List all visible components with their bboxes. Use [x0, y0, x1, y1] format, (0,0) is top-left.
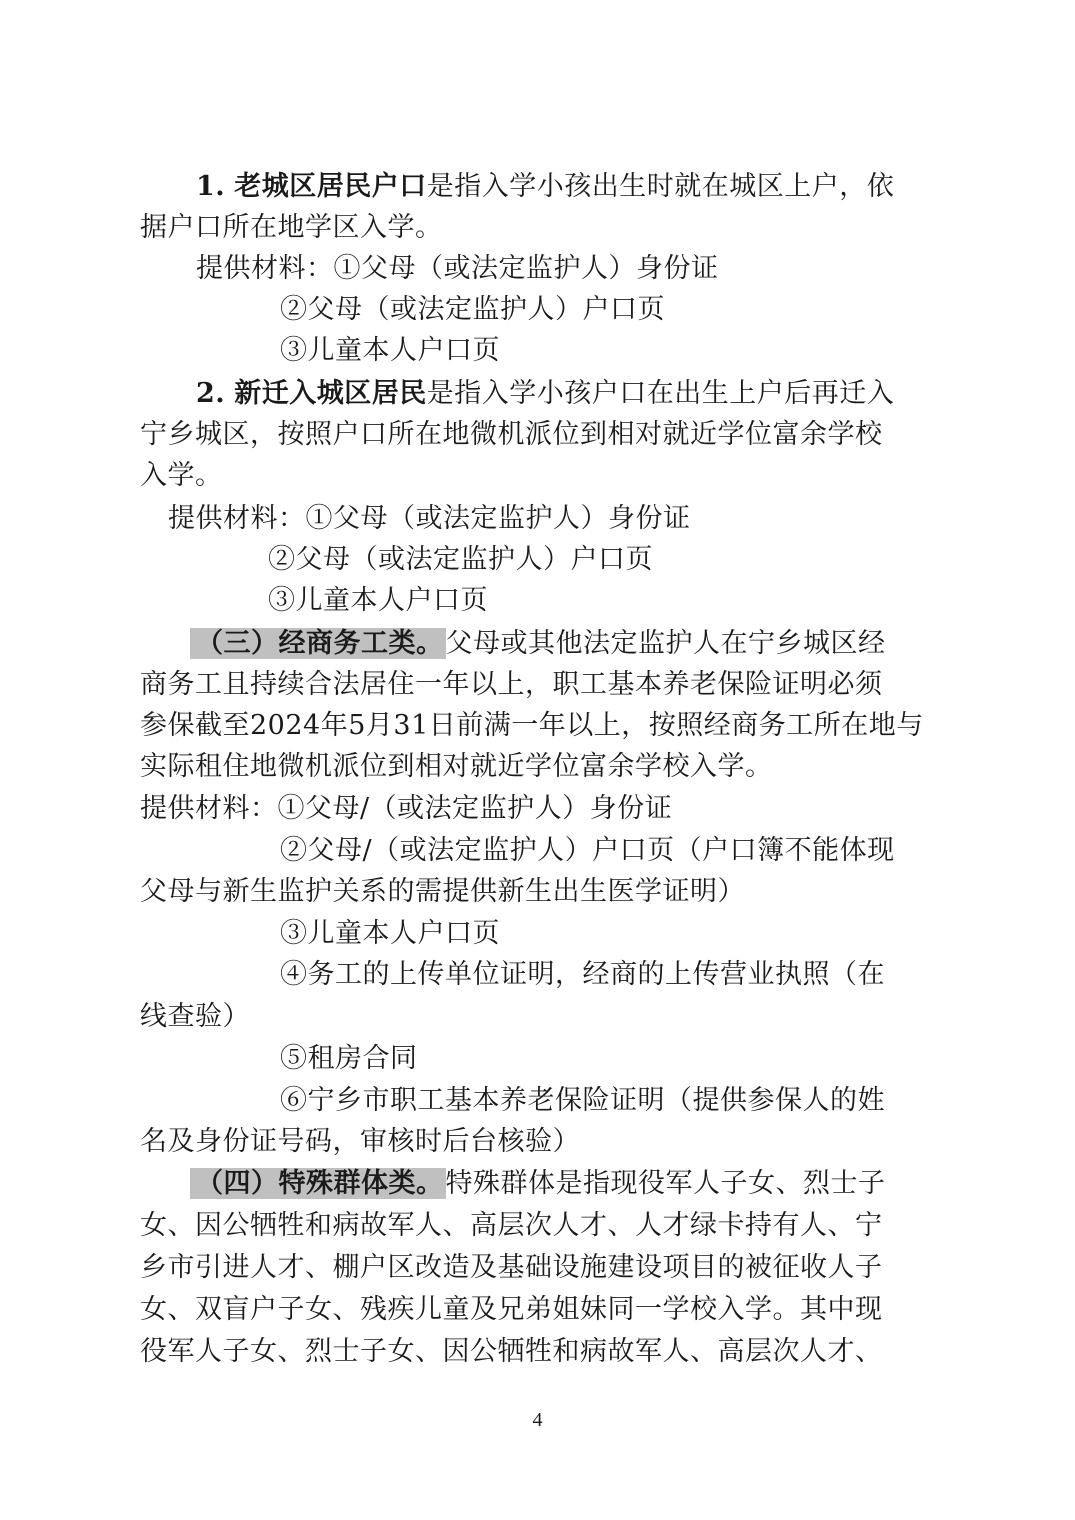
section-2-term: 新迁入城区居民	[234, 378, 427, 409]
section-2-line-2: 宁乡城区，按照户口所在地微机派位到相对就近学位富余学校	[140, 418, 940, 452]
section-1-text: 是指入学小孩出生时就在城区上户，依	[427, 171, 895, 202]
material-item: ①父母/（或法定监护人）身份证	[278, 793, 673, 824]
material-item: ②父母/（或法定监护人）户口页（户口簿不能体现	[280, 834, 1075, 868]
section-2-materials-line-1: 提供材料：①父母（或法定监护人）身份证	[168, 502, 968, 536]
section-1-line-2: 据户口所在地学区入学。	[140, 211, 940, 245]
section-4-line-2: 女、因公牺牲和病故军人、高层次人才、人才绿卡持有人、宁	[140, 1209, 940, 1243]
materials-label: 提供材料：	[168, 503, 306, 534]
material-item: ①父母（或法定监护人）身份证	[334, 253, 719, 284]
section-4-line-5: 役军人子女、烈士子女、因公牺牲和病故军人、高层次人才、	[140, 1335, 940, 1369]
section-1-line-1: 1. 老城区居民户口是指入学小孩出生时就在城区上户，依	[196, 170, 996, 204]
section-2-line-1: 2. 新迁入城区居民是指入学小孩户口在出生上户后再迁入	[196, 377, 996, 411]
section-1-materials-line-1: 提供材料：①父母（或法定监护人）身份证	[196, 252, 996, 286]
materials-label: 提供材料：	[140, 793, 278, 824]
material-item: ②父母（或法定监护人）户口页	[280, 293, 1075, 327]
section-2-line-3: 入学。	[140, 459, 940, 493]
section-4-line-4: 女、双盲户子女、残疾儿童及兄弟姐妹同一学校入学。其中现	[140, 1293, 940, 1327]
section-3-line-4: 实际租住地微机派位到相对就近学位富余学校入学。	[140, 750, 940, 784]
section-3-line-1: （三）经商务工类。父母或其他法定监护人在宁乡城区经	[196, 627, 996, 661]
document-page: 1. 老城区居民户口是指入学小孩出生时就在城区上户，依 据户口所在地学区入学。 …	[0, 0, 1075, 1520]
section-4-heading: （四）特殊群体类。	[190, 1168, 446, 1199]
material-item-continuation: 名及身份证号码，审核时后台核验）	[140, 1125, 940, 1159]
section-3-line-3: 参保截至2024年5月31日前满一年以上，按照经商务工所在地与	[140, 709, 940, 743]
material-item: ③儿童本人户口页	[280, 334, 1075, 368]
section-2-number: 2.	[196, 378, 225, 409]
section-1-term: 老城区居民户口	[234, 171, 427, 202]
section-1-number: 1.	[196, 171, 225, 202]
section-3-heading: （三）经商务工类。	[190, 628, 446, 659]
material-item-continuation: 父母与新生监护关系的需提供新生出生医学证明）	[140, 875, 940, 909]
section-3-line-2: 商务工且持续合法居住一年以上，职工基本养老保险证明必须	[140, 668, 940, 702]
page-number: 4	[0, 1408, 1075, 1432]
material-item-continuation: 线查验）	[140, 1000, 940, 1034]
material-item: ②父母（或法定监护人）户口页	[268, 543, 1068, 577]
section-4-text: 特殊群体是指现役军人子女、烈士子	[446, 1168, 886, 1199]
section-2-text: 是指入学小孩户口在出生上户后再迁入	[427, 378, 895, 409]
section-4-line-3: 乡市引进人才、棚户区改造及基础设施建设项目的被征收人子	[140, 1251, 940, 1285]
material-item: ①父母（或法定监护人）身份证	[306, 503, 691, 534]
material-item: ③儿童本人户口页	[280, 917, 1075, 951]
section-3-text: 父母或其他法定监护人在宁乡城区经	[446, 628, 886, 659]
section-4-line-1: （四）特殊群体类。特殊群体是指现役军人子女、烈士子	[196, 1167, 996, 1201]
material-item: ③儿童本人户口页	[268, 584, 1068, 618]
material-item: ⑤租房合同	[280, 1042, 1075, 1076]
materials-label: 提供材料：	[196, 253, 334, 284]
material-item: ④务工的上传单位证明，经商的上传营业执照（在	[280, 958, 1075, 992]
section-3-materials-line-1: 提供材料：①父母/（或法定监护人）身份证	[140, 792, 940, 826]
material-item: ⑥宁乡市职工基本养老保险证明（提供参保人的姓	[280, 1084, 1075, 1118]
